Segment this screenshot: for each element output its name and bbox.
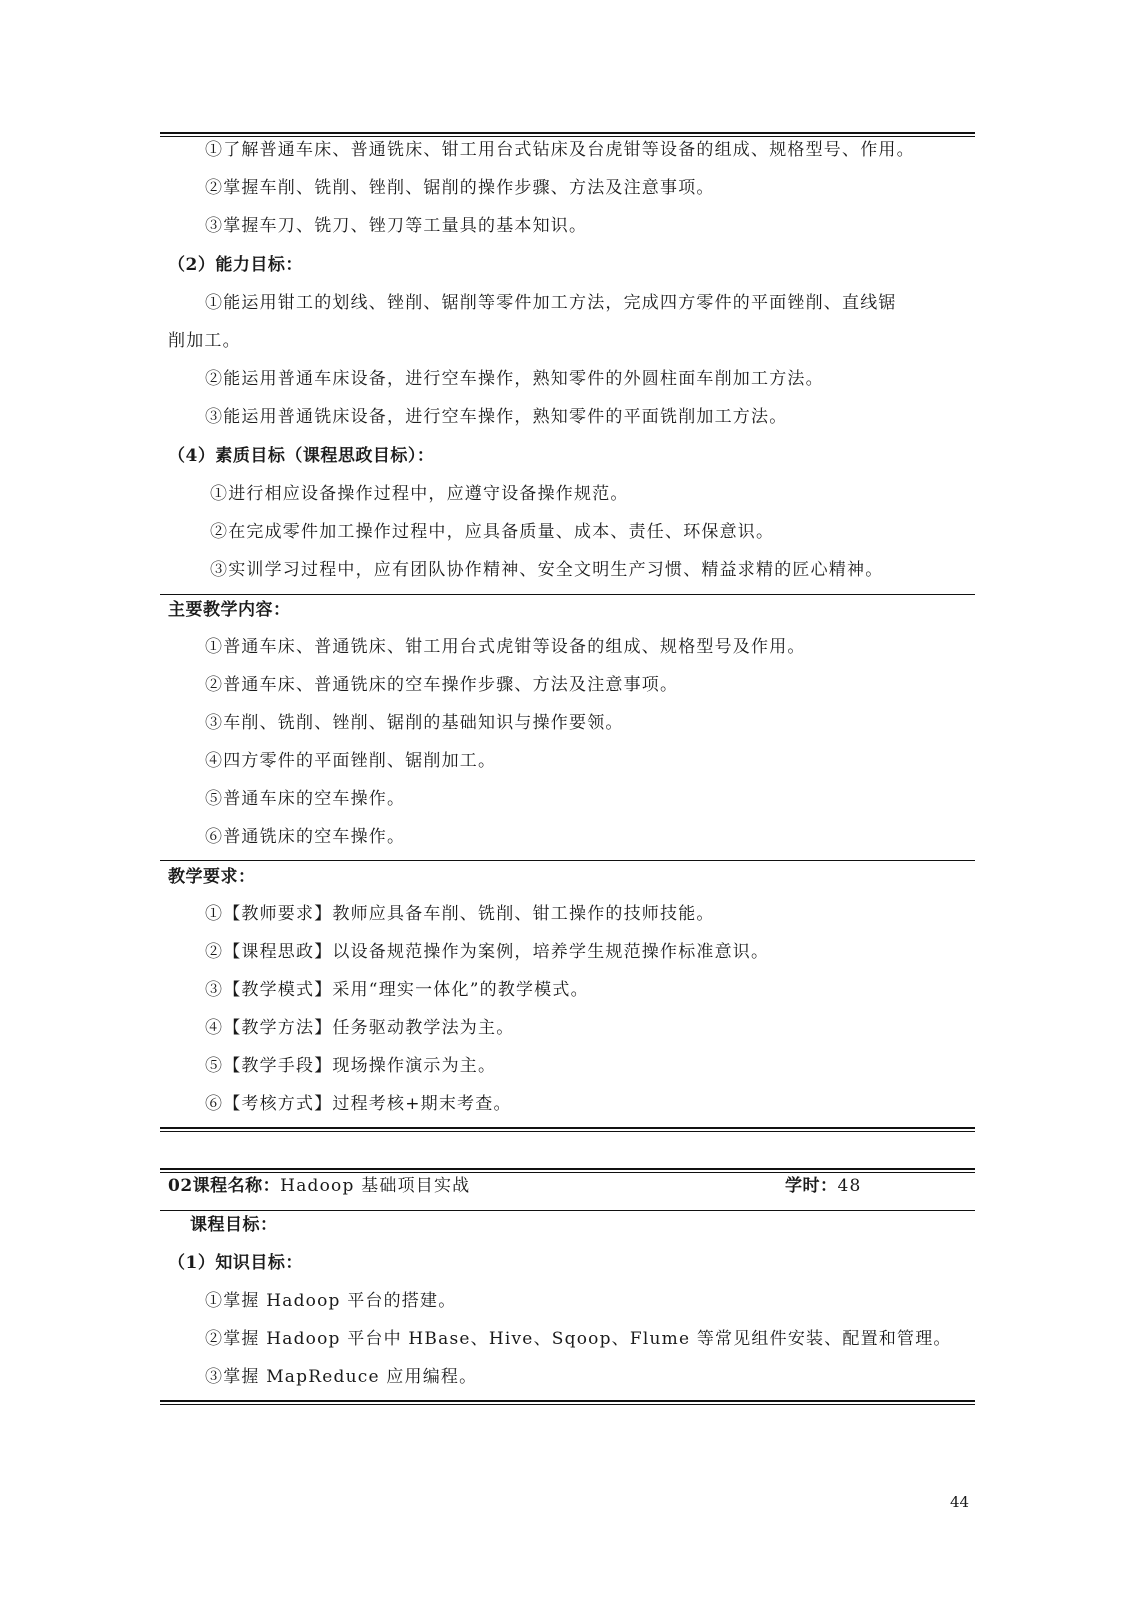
- content-item-3: ③车削、铣削、锉削、锯削的基础知识与操作要领。: [205, 712, 624, 734]
- requirement-item-2: ②【课程思政】以设备规范操作为案例，培养学生规范操作标准意识。: [205, 941, 769, 963]
- course2-knowledge-item-1: ①掌握 Hadoop 平台的搭建。: [205, 1290, 456, 1312]
- table2-top-rule: [160, 1168, 975, 1173]
- course2-name-value: Hadoop 基础项目实战: [280, 1176, 470, 1196]
- requirement-item-1: ①【教师要求】教师应具备车削、铣削、钳工操作的技师技能。: [205, 903, 715, 925]
- requirement-item-4: ④【教学方法】任务驱动教学法为主。: [205, 1017, 514, 1039]
- quality-item-3: ③实训学习过程中，应有团队协作精神、安全文明生产习惯、精益求精的匠心精神。: [210, 559, 883, 581]
- course2-knowledge-item-2: ②掌握 Hadoop 平台中 HBase、Hive、Sqoop、Flume 等常…: [205, 1328, 952, 1350]
- course2-name-label: 课程名称：: [193, 1176, 281, 1196]
- knowledge-item-2: ②掌握车削、铣削、锉削、锯削的操作步骤、方法及注意事项。: [205, 177, 715, 199]
- content-item-1: ①普通车床、普通铣床、钳工用台式虎钳等设备的组成、规格型号及作用。: [205, 636, 806, 658]
- ability-item-1-cont: 削加工。: [168, 330, 241, 352]
- knowledge-item-3: ③掌握车刀、铣刀、锉刀等工量具的基本知识。: [205, 215, 587, 237]
- content-item-5: ⑤普通车床的空车操作。: [205, 788, 405, 810]
- ability-item-3: ③能运用普通铣床设备，进行空车操作，熟知零件的平面铣削加工方法。: [205, 406, 787, 428]
- content-item-6: ⑥普通铣床的空车操作。: [205, 826, 405, 848]
- requirement-item-6: ⑥【考核方式】过程考核+期末考查。: [205, 1093, 512, 1115]
- table-bottom-rule: [160, 1127, 975, 1132]
- quality-item-1: ①进行相应设备操作过程中，应遵守设备操作规范。: [210, 483, 629, 505]
- course2-knowledge-item-3: ③掌握 MapReduce 应用编程。: [205, 1366, 477, 1388]
- content-item-2: ②普通车床、普通铣床的空车操作步骤、方法及注意事项。: [205, 674, 678, 696]
- course2-objectives-heading: 课程目标：: [190, 1214, 278, 1236]
- quality-heading: （4）素质目标（课程思政目标）：: [168, 445, 434, 467]
- course2-number: 02: [168, 1176, 193, 1196]
- course2-hours-label: 学时：: [785, 1176, 838, 1196]
- course2-knowledge-heading: （1）知识目标：: [168, 1252, 303, 1274]
- content-heading: 主要教学内容：: [168, 599, 291, 621]
- section-divider: [160, 594, 975, 595]
- knowledge-item-1: ①了解普通车床、普通铣床、钳工用台式钻床及台虎钳等设备的组成、规格型号、作用。: [205, 139, 915, 161]
- table-top-rule: [160, 132, 975, 137]
- section-divider: [160, 1210, 975, 1211]
- content-item-4: ④四方零件的平面锉削、锯削加工。: [205, 750, 496, 772]
- ability-heading: （2）能力目标：: [168, 254, 303, 276]
- requirement-item-5: ⑤【教学手段】现场操作演示为主。: [205, 1055, 496, 1077]
- quality-item-2: ②在完成零件加工操作过程中，应具备质量、成本、责任、环保意识。: [210, 521, 774, 543]
- section-divider: [160, 860, 975, 861]
- document-page: ①了解普通车床、普通铣床、钳工用台式钻床及台虎钳等设备的组成、规格型号、作用。 …: [0, 0, 1131, 1600]
- requirement-item-3: ③【教学模式】采用“理实一体化”的教学模式。: [205, 979, 589, 1001]
- course2-title-row: 02课程名称：Hadoop 基础项目实战: [168, 1175, 470, 1197]
- ability-item-1: ①能运用钳工的划线、锉削、锯削等零件加工方法，完成四方零件的平面锉削、直线锯: [205, 292, 897, 314]
- ability-item-2: ②能运用普通车床设备，进行空车操作，熟知零件的外圆柱面车削加工方法。: [205, 368, 824, 390]
- course2-hours: 学时：48: [785, 1175, 862, 1197]
- course2-hours-value: 48: [838, 1176, 862, 1196]
- requirements-heading: 教学要求：: [168, 866, 256, 888]
- page-number: 44: [950, 1493, 969, 1511]
- table2-bottom-rule: [160, 1400, 975, 1405]
